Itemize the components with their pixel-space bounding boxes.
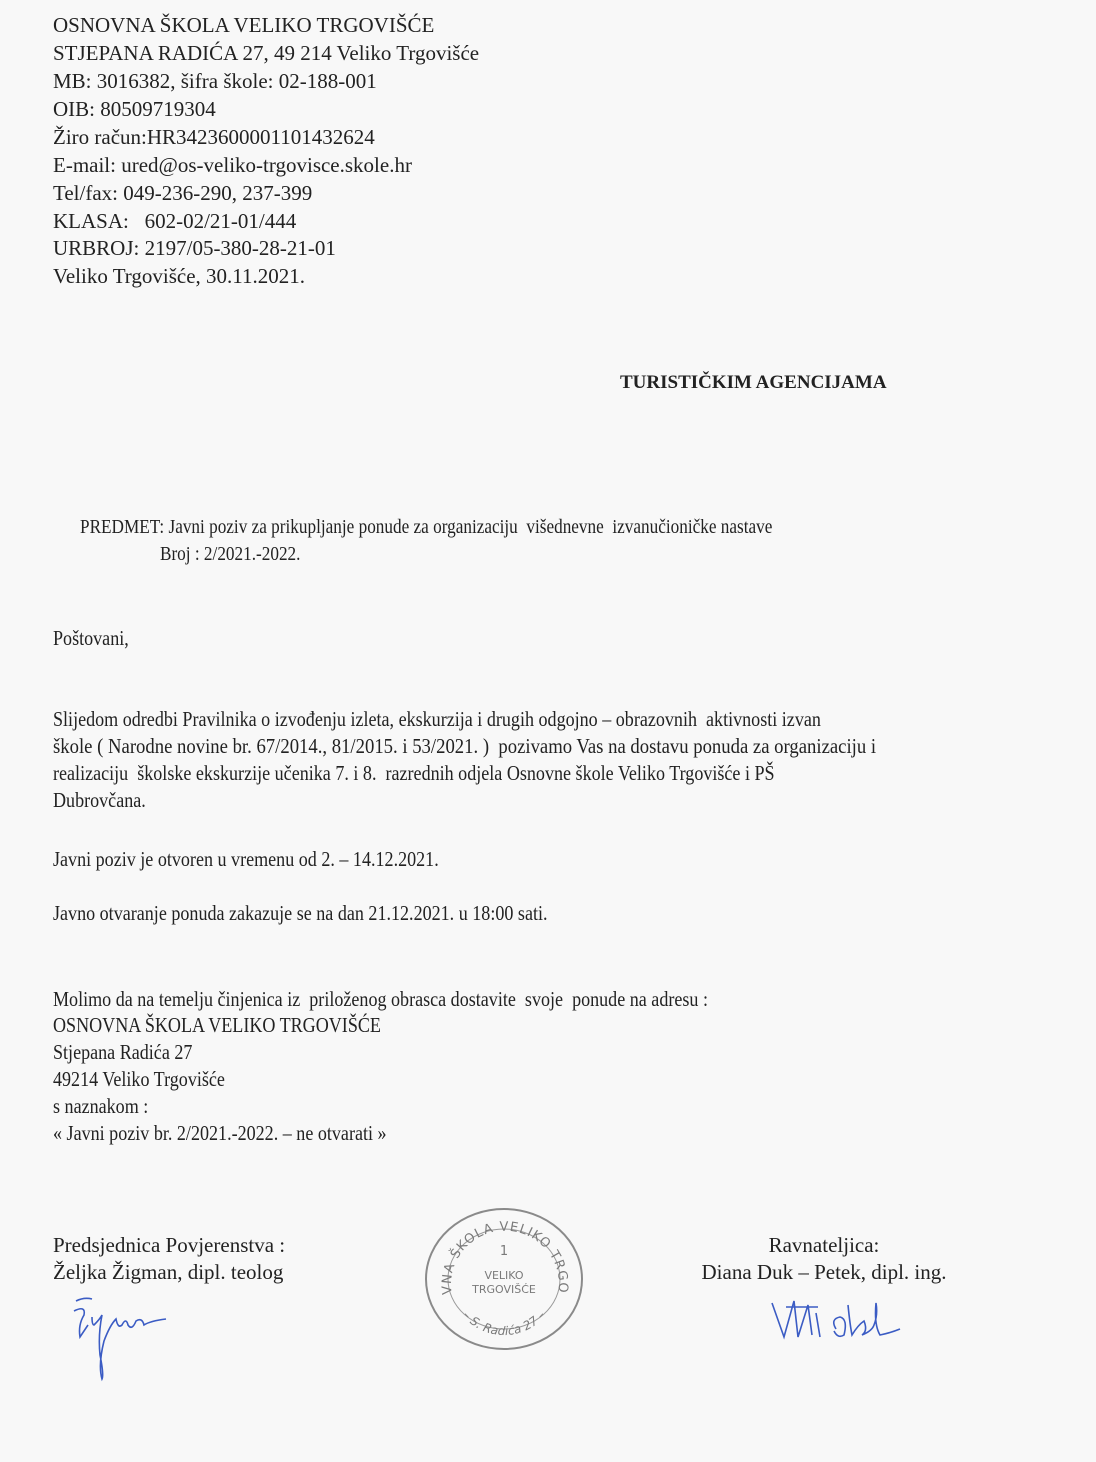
address-line: Stjepana Radića 27: [53, 1039, 192, 1066]
signatory-title: Predsjednica Povjerenstva :: [53, 1232, 285, 1259]
signatory-name: Željka Žigman, dipl. teolog: [53, 1259, 285, 1286]
subject-line: PREDMET: Javni poziv za prikupljanje pon…: [80, 516, 772, 538]
paragraph-line: škole ( Narodne novine br. 67/2014., 81/…: [53, 733, 876, 760]
paragraph-line: Dubrovčana.: [53, 787, 146, 814]
school-stamp-icon: OSNOVNA ŠKOLA VELIKO TRGOVIŠĆE – S. Radi…: [422, 1203, 586, 1353]
stamp-center-1: VELIKO: [484, 1269, 523, 1282]
subject-number: Broj : 2/2021.-2022.: [80, 541, 772, 568]
recipient: TURISTIČKIM AGENCIJAMA: [620, 372, 887, 394]
opening-date: Javno otvaranje ponuda zakazuje se na da…: [53, 900, 548, 927]
mb-code: MB: 3016382, šifra škole: 02-188-001: [53, 68, 377, 95]
phone: Tel/fax: 049-236-290, 237-399: [53, 180, 312, 207]
klasa: KLASA: 602-02/21-01/444: [53, 208, 296, 235]
address-line: s naznakom :: [53, 1093, 148, 1120]
urbroj: URBROJ: 2197/05-380-28-21-01: [53, 235, 336, 262]
address-intro: Molimo da na temelju činjenica iz prilož…: [53, 986, 708, 1013]
stamp-number: 1: [500, 1244, 508, 1259]
signatory-name: Diana Duk – Petek, dipl. ing.: [690, 1259, 958, 1286]
school-name: OSNOVNA ŠKOLA VELIKO TRGOVIŠĆE: [53, 12, 434, 39]
school-address: STJEPANA RADIĆA 27, 49 214 Veliko Trgovi…: [53, 40, 479, 67]
oib: OIB: 80509719304: [53, 96, 216, 123]
envelope-marking: « Javni poziv br. 2/2021.-2022. – ne otv…: [53, 1120, 387, 1147]
greeting: Poštovani,: [53, 625, 129, 652]
place-date: Veliko Trgovišće, 30.11.2021.: [53, 263, 305, 290]
stamp-center-2: TRGOVIŠĆE: [471, 1283, 536, 1296]
paragraph-line: realizaciju školske ekskurzije učenika 7…: [53, 760, 775, 787]
signature-zigman-icon: [70, 1295, 180, 1385]
address-line: OSNOVNA ŠKOLA VELIKO TRGOVIŠĆE: [53, 1012, 381, 1039]
signature-block-left: Predsjednica Povjerenstva : Željka Žigma…: [53, 1232, 285, 1286]
stamp-bottom-text: – S. Radića 27 –: [460, 1308, 548, 1338]
signature-director-icon: [768, 1295, 908, 1355]
email: E-mail: ured@os-veliko-trgovisce.skole.h…: [53, 152, 412, 179]
svg-text:– S. Radića 27 –: – S. Radića 27 –: [460, 1308, 548, 1338]
bank-account: Žiro račun:HR3423600001101432624: [53, 124, 375, 151]
address-line: 49214 Veliko Trgovišće: [53, 1066, 225, 1093]
open-period: Javni poziv je otvoren u vremenu od 2. –…: [53, 846, 439, 873]
signatory-title: Ravnateljica:: [690, 1232, 958, 1259]
signature-block-right: Ravnateljica: Diana Duk – Petek, dipl. i…: [690, 1232, 958, 1286]
paragraph-line: Slijedom odredbi Pravilnika o izvođenju …: [53, 706, 821, 733]
subject: PREDMET: Javni poziv za prikupljanje pon…: [80, 514, 772, 568]
